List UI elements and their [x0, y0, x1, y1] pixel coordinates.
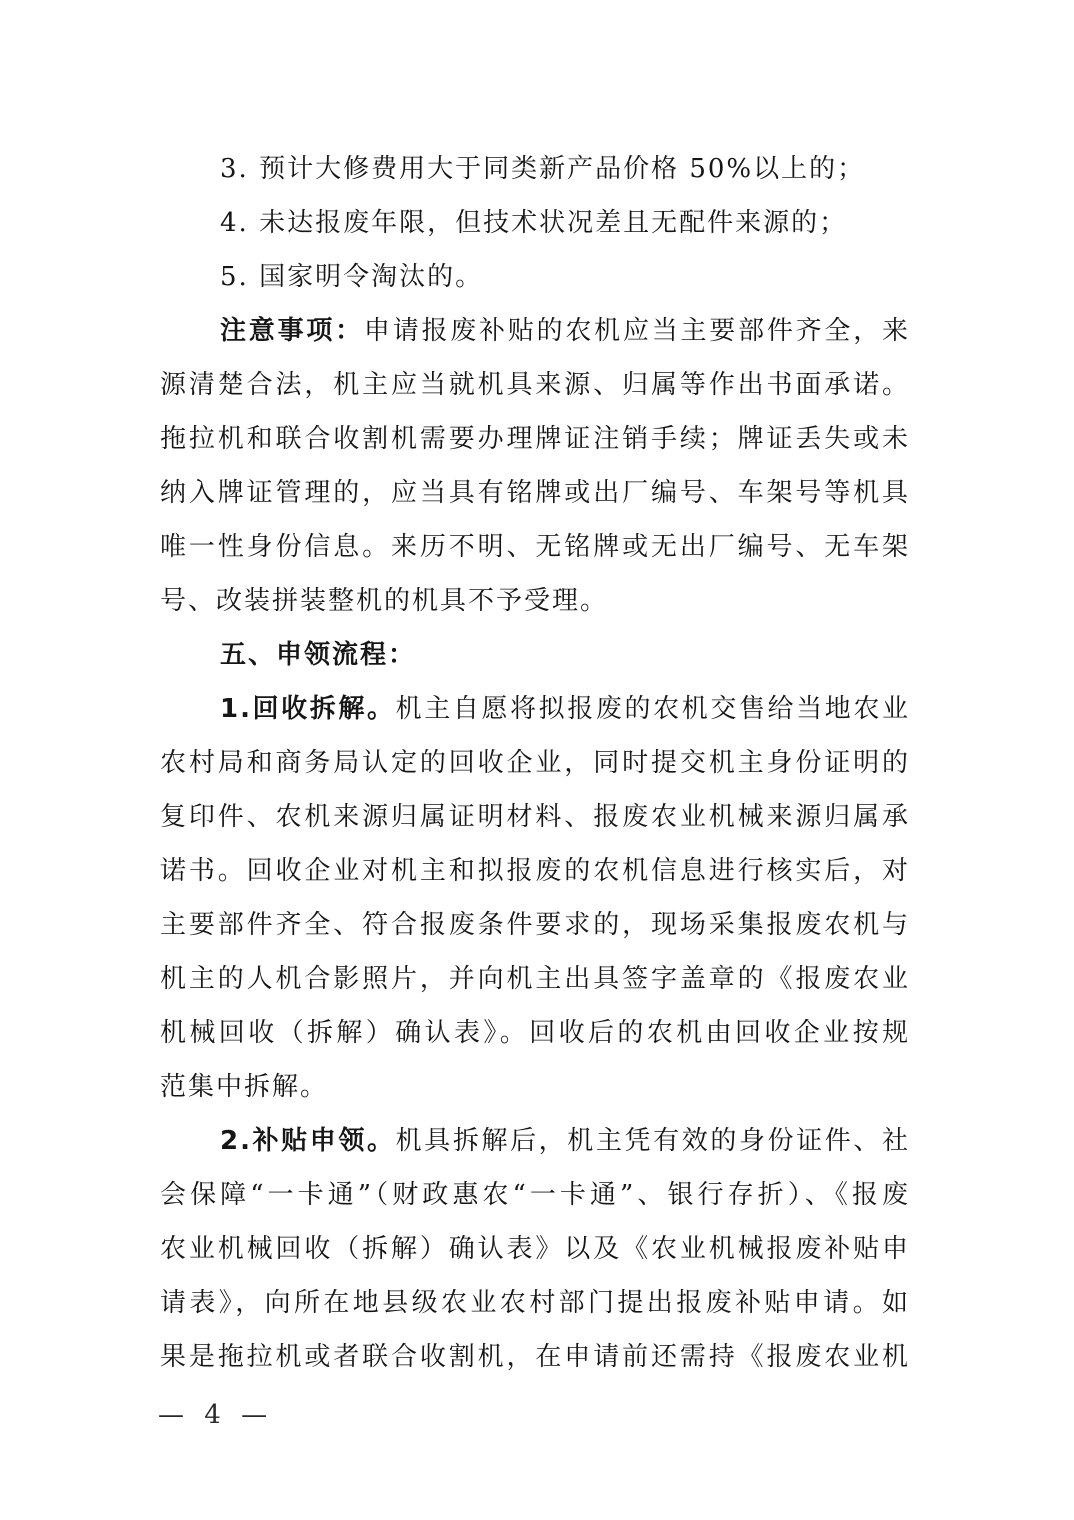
body-line: 纳入牌证管理的，应当具有铭牌或出厂编号、车架号等机具	[160, 466, 910, 520]
body-line: 3. 预计大修费用大于同类新产品价格 50%以上的；	[160, 142, 910, 196]
body-text: 申请报废补贴的农机应当主要部件齐全，来	[364, 316, 910, 346]
document-body: 3. 预计大修费用大于同类新产品价格 50%以上的； 4. 未达报废年限，但技术…	[160, 142, 910, 1384]
body-line: 请表》，向所在地县级农业农村部门提出报废补贴申请。如	[160, 1276, 910, 1330]
body-line: 1.回收拆解。机主自愿将拟报废的农机交售给当地农业	[160, 682, 910, 736]
emphasis-lead: 1.回收拆解。	[220, 694, 396, 724]
body-line: 2.补贴申领。机具拆解后，机主凭有效的身份证件、社	[160, 1114, 910, 1168]
body-line: 号、改装拼装整机的机具不予受理。	[160, 574, 910, 628]
body-line: 范集中拆解。	[160, 1060, 910, 1114]
section-heading: 五、申领流程：	[160, 628, 910, 682]
body-line: 4. 未达报废年限，但技术状况差且无配件来源的；	[160, 196, 910, 250]
body-line: 诺书。回收企业对机主和拟报废的农机信息进行核实后，对	[160, 844, 910, 898]
body-line: 注意事项：申请报废补贴的农机应当主要部件齐全，来	[160, 304, 910, 358]
body-line: 会保障“一卡通”（财政惠农“一卡通”、银行存折）、《报废	[160, 1168, 910, 1222]
body-line: 农村局和商务局认定的回收企业，同时提交机主身份证明的	[160, 736, 910, 790]
body-text: 机主自愿将拟报废的农机交售给当地农业	[396, 694, 910, 724]
body-line: 源清楚合法，机主应当就机具来源、归属等作出书面承诺。	[160, 358, 910, 412]
page-number: — 4 —	[158, 1400, 273, 1430]
body-line: 5. 国家明令淘汰的。	[160, 250, 910, 304]
body-line: 果是拖拉机或者联合收割机，在申请前还需持《报废农业机	[160, 1330, 910, 1384]
body-text: 机具拆解后，机主凭有效的身份证件、社	[396, 1126, 910, 1156]
emphasis-lead: 2.补贴申领。	[220, 1126, 396, 1156]
body-line: 机主的人机合影照片，并向机主出具签字盖章的《报废农业	[160, 952, 910, 1006]
body-line: 复印件、农机来源归属证明材料、报废农业机械来源归属承	[160, 790, 910, 844]
body-line: 机械回收（拆解）确认表》。回收后的农机由回收企业按规	[160, 1006, 910, 1060]
document-page: 3. 预计大修费用大于同类新产品价格 50%以上的； 4. 未达报废年限，但技术…	[0, 0, 1074, 1520]
body-line: 主要部件齐全、符合报废条件要求的，现场采集报废农机与	[160, 898, 910, 952]
body-line: 农业机械回收（拆解）确认表》以及《农业机械报废补贴申	[160, 1222, 910, 1276]
emphasis-lead: 注意事项：	[220, 316, 364, 346]
body-line: 唯一性身份信息。来历不明、无铭牌或无出厂编号、无车架	[160, 520, 910, 574]
body-line: 拖拉机和联合收割机需要办理牌证注销手续；牌证丢失或未	[160, 412, 910, 466]
